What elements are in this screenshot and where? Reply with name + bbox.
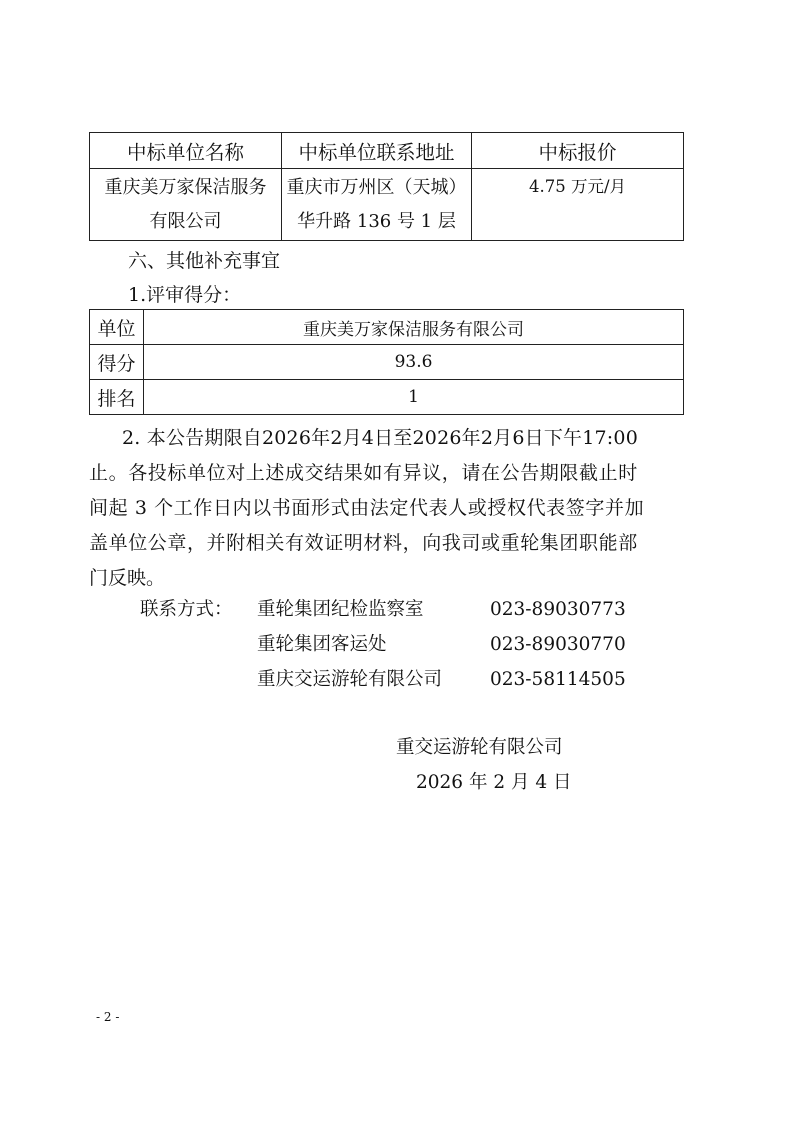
- contact-org-1: 重轮集团纪检监察室: [257, 592, 424, 627]
- table-row: 得分 93.6: [90, 345, 684, 380]
- section-title: 六、其他补充事宜: [128, 244, 280, 278]
- table-row: 重庆美万家保洁服务 有限公司 重庆市万州区（天城） 华升路 136 号 1 层 …: [90, 169, 684, 241]
- page-number: - 2 -: [96, 1010, 119, 1024]
- score-value-unit: 重庆美万家保洁服务有限公司: [144, 310, 684, 345]
- bid-price-cell: 4.75 万元/月: [472, 169, 684, 241]
- contact-org-3: 重庆交运游轮有限公司: [257, 662, 442, 697]
- contact-org-2: 重轮集团客运处: [257, 627, 387, 662]
- score-value-rank: 1: [144, 380, 684, 415]
- table-row: 单位 重庆美万家保洁服务有限公司: [90, 310, 684, 345]
- award-table-header: 中标单位名称 中标单位联系地址 中标报价: [90, 133, 684, 169]
- contact-phone-1: 023-89030773: [490, 592, 626, 627]
- score-label-score: 得分: [90, 345, 144, 380]
- item2-line3: 间起 3 个工作日内以书面形式由法定代表人或授权代表签字并加: [89, 491, 644, 525]
- signature-date: 2026 年 2 月 4 日: [416, 765, 572, 800]
- winner-name-cell: 重庆美万家保洁服务 有限公司: [90, 169, 282, 241]
- header-winner-address: 中标单位联系地址: [282, 133, 472, 169]
- item2-line5: 门反映。: [89, 561, 165, 595]
- winner-address-cell: 重庆市万州区（天城） 华升路 136 号 1 层: [282, 169, 472, 241]
- contact-phone-3: 023-58114505: [490, 662, 626, 697]
- winner-address-line2: 华升路 136 号 1 层: [282, 205, 471, 239]
- score-label-unit: 单位: [90, 310, 144, 345]
- item2-line1: 2. 本公告期限自2026年2月4日至2026年2月6日下午17:00: [122, 421, 638, 455]
- award-table: 中标单位名称 中标单位联系地址 中标报价 重庆美万家保洁服务 有限公司 重庆市万…: [89, 132, 684, 241]
- score-value-score: 93.6: [144, 345, 684, 380]
- winner-name-line1: 重庆美万家保洁服务: [90, 171, 281, 205]
- score-table: 单位 重庆美万家保洁服务有限公司 得分 93.6 排名 1: [89, 309, 684, 415]
- score-label-rank: 排名: [90, 380, 144, 415]
- header-bid-price: 中标报价: [472, 133, 684, 169]
- signature-company: 重交运游轮有限公司: [396, 730, 563, 765]
- table-row: 排名 1: [90, 380, 684, 415]
- item2-line2: 止。各投标单位对上述成交结果如有异议，请在公告期限截止时: [89, 456, 638, 490]
- item1-title: 1.评审得分：: [128, 278, 241, 312]
- contact-label: 联系方式：: [140, 592, 233, 627]
- winner-address-line1: 重庆市万州区（天城）: [282, 171, 471, 205]
- winner-name-line2: 有限公司: [90, 205, 281, 239]
- contact-phone-2: 023-89030770: [490, 627, 626, 662]
- item2-line4: 盖单位公章，并附相关有效证明材料，向我司或重轮集团职能部: [89, 526, 638, 560]
- header-winner-name: 中标单位名称: [90, 133, 282, 169]
